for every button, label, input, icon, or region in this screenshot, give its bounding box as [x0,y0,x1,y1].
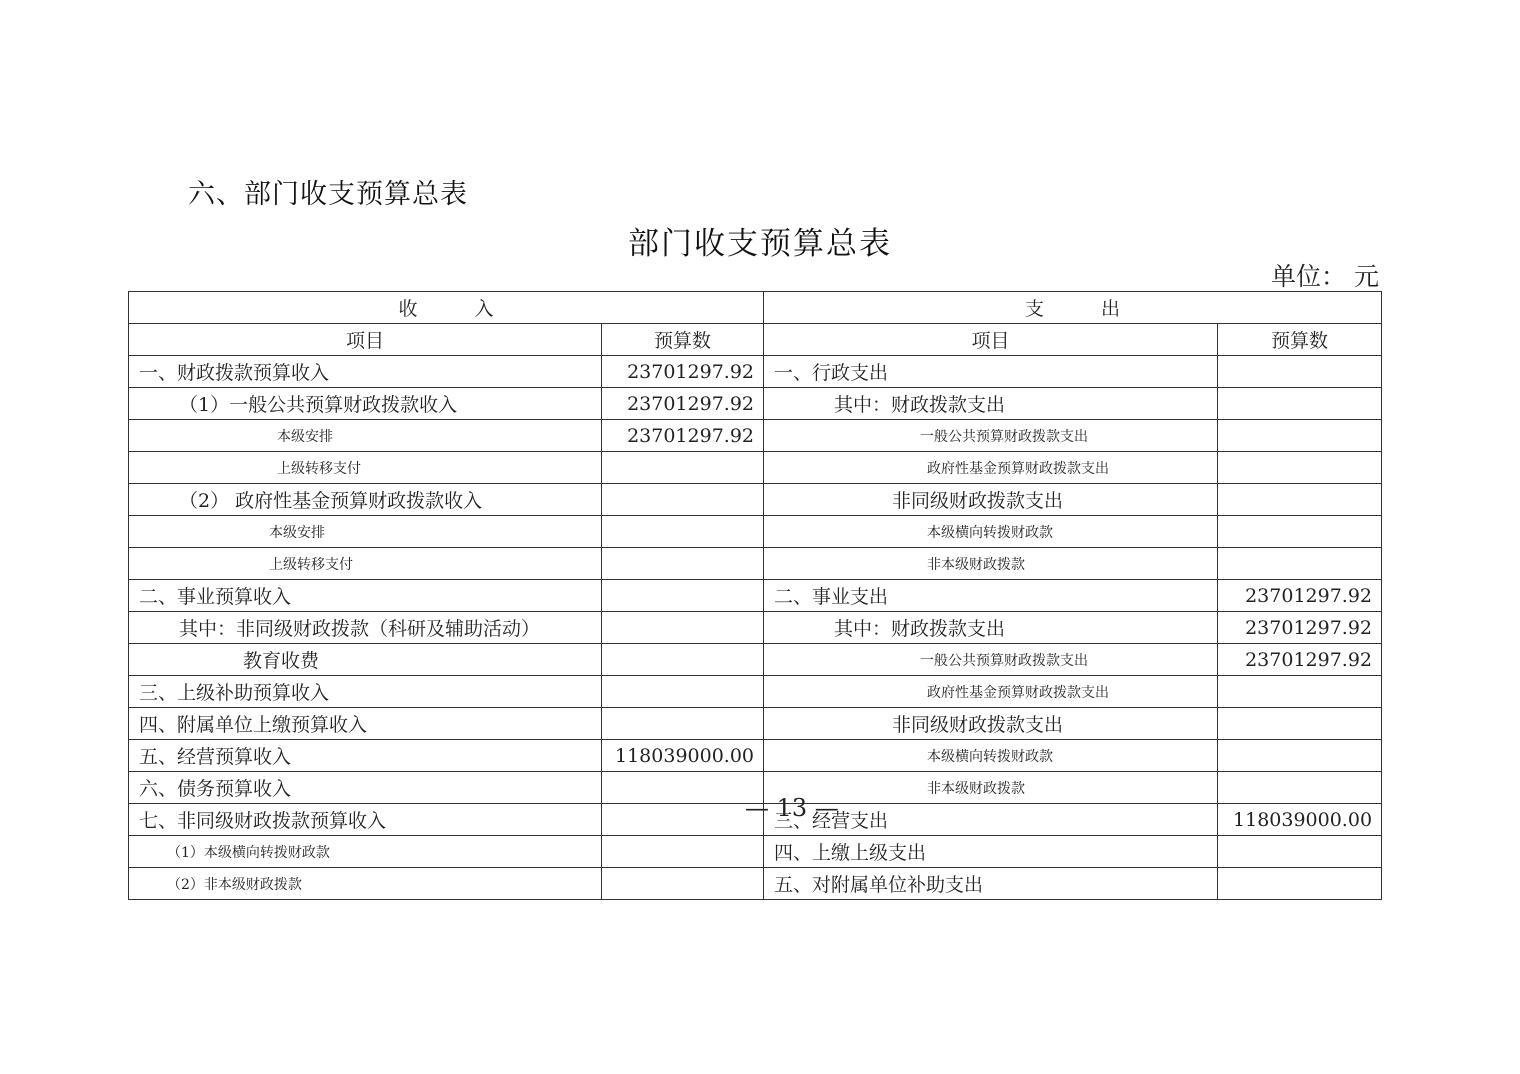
expense-amount: 23701297.92 [1218,612,1382,644]
income-amount: 23701297.92 [602,420,764,452]
income-group-header: 收 入 [129,292,764,324]
table-row: （2）非本级财政拨款 五、对附属单位补助支出 [129,868,1382,900]
expense-item: 其中：财政拨款支出 [764,612,1218,644]
table-row: （1）一般公共预算财政拨款收入 23701297.92 其中：财政拨款支出 [129,388,1382,420]
expense-item: 一、行政支出 [764,356,1218,388]
expense-amount: 118039000.00 [1218,804,1382,836]
table-row: 二、事业预算收入 二、事业支出 23701297.92 [129,580,1382,612]
income-amount [602,580,764,612]
income-amount [602,676,764,708]
income-item: 二、事业预算收入 [129,580,602,612]
expense-amount [1218,772,1382,804]
income-item-header: 项目 [129,324,602,356]
expense-amount [1218,740,1382,772]
income-amount [602,612,764,644]
expense-amount [1218,708,1382,740]
expense-amount [1218,356,1382,388]
expense-amount [1218,484,1382,516]
income-item: 本级安排 [129,516,602,548]
expense-item: 非同级财政拨款支出 [764,484,1218,516]
expense-amount [1218,548,1382,580]
table-row: 其中：非同级财政拨款（科研及辅助活动） 其中：财政拨款支出 23701297.9… [129,612,1382,644]
income-amount [602,548,764,580]
expense-amount [1218,388,1382,420]
table-row: 教育收费 一般公共预算财政拨款支出 23701297.92 [129,644,1382,676]
table-row: 一、财政拨款预算收入 23701297.92 一、行政支出 [129,356,1382,388]
income-amount [602,452,764,484]
income-amount [602,644,764,676]
income-item: 本级安排 [129,420,602,452]
expense-amount [1218,452,1382,484]
expense-item: 五、对附属单位补助支出 [764,868,1218,900]
income-item: 上级转移支付 [129,548,602,580]
expense-group-header: 支 出 [764,292,1382,324]
expense-item: 二、事业支出 [764,580,1218,612]
table-row: 本级安排 本级横向转拨财政款 [129,516,1382,548]
income-amount [602,484,764,516]
expense-item: 一般公共预算财政拨款支出 [764,420,1218,452]
expense-amount [1218,420,1382,452]
unit-label: 单位： 元 [1271,257,1379,293]
income-item: （2） 政府性基金预算财政拨款收入 [129,484,602,516]
expense-amount [1218,516,1382,548]
income-amount-header: 预算数 [602,324,764,356]
income-amount: 23701297.92 [602,388,764,420]
expense-amount [1218,836,1382,868]
income-amount [602,772,764,804]
table-row: 三、上级补助预算收入 政府性基金预算财政拨款支出 [129,676,1382,708]
section-heading: 六、部门收支预算总表 [188,172,468,211]
income-amount [602,836,764,868]
income-item: 其中：非同级财政拨款（科研及辅助活动） [129,612,602,644]
table-row: （2） 政府性基金预算财政拨款收入 非同级财政拨款支出 [129,484,1382,516]
expense-amount-header: 预算数 [1218,324,1382,356]
expense-item: 政府性基金预算财政拨款支出 [764,676,1218,708]
income-amount: 23701297.92 [602,356,764,388]
income-amount [602,868,764,900]
expense-item: 本级横向转拨财政款 [764,516,1218,548]
table-row: 上级转移支付 政府性基金预算财政拨款支出 [129,452,1382,484]
expense-amount [1218,868,1382,900]
table-row: 上级转移支付 非本级财政拨款 [129,548,1382,580]
income-item: （2）非本级财政拨款 [129,868,602,900]
table-row: 本级安排 23701297.92 一般公共预算财政拨款支出 [129,420,1382,452]
income-amount: 118039000.00 [602,740,764,772]
income-amount [602,516,764,548]
expense-amount: 23701297.92 [1218,644,1382,676]
expense-item-header: 项目 [764,324,1218,356]
expense-amount [1218,676,1382,708]
expense-item: 非同级财政拨款支出 [764,708,1218,740]
expense-item: 政府性基金预算财政拨款支出 [764,452,1218,484]
income-item: 五、经营预算收入 [129,740,602,772]
income-item: 四、附属单位上缴预算收入 [129,708,602,740]
income-item: 六、债务预算收入 [129,772,602,804]
income-item: 教育收费 [129,644,602,676]
income-item: （1）本级横向转拨财政款 [129,836,602,868]
income-item: 三、上级补助预算收入 [129,676,602,708]
expense-amount: 23701297.92 [1218,580,1382,612]
table-row: （1）本级横向转拨财政款 四、上缴上级支出 [129,836,1382,868]
income-item: 上级转移支付 [129,452,602,484]
group-header-row: 收 入 支 出 [129,292,1382,324]
table-row: 四、附属单位上缴预算收入 非同级财政拨款支出 [129,708,1382,740]
column-header-row: 项目 预算数 项目 预算数 [129,324,1382,356]
expense-item: 四、上缴上级支出 [764,836,1218,868]
income-item: （1）一般公共预算财政拨款收入 [129,388,602,420]
income-item: 七、非同级财政拨款预算收入 [129,804,602,836]
expense-item: 本级横向转拨财政款 [764,740,1218,772]
table-row: 五、经营预算收入 118039000.00 本级横向转拨财政款 [129,740,1382,772]
expense-item: 其中：财政拨款支出 [764,388,1218,420]
income-amount [602,804,764,836]
page-number: — 13 — [745,794,839,822]
expense-item: 非本级财政拨款 [764,548,1218,580]
expense-item: 一般公共预算财政拨款支出 [764,644,1218,676]
income-item: 一、财政拨款预算收入 [129,356,602,388]
income-amount [602,708,764,740]
